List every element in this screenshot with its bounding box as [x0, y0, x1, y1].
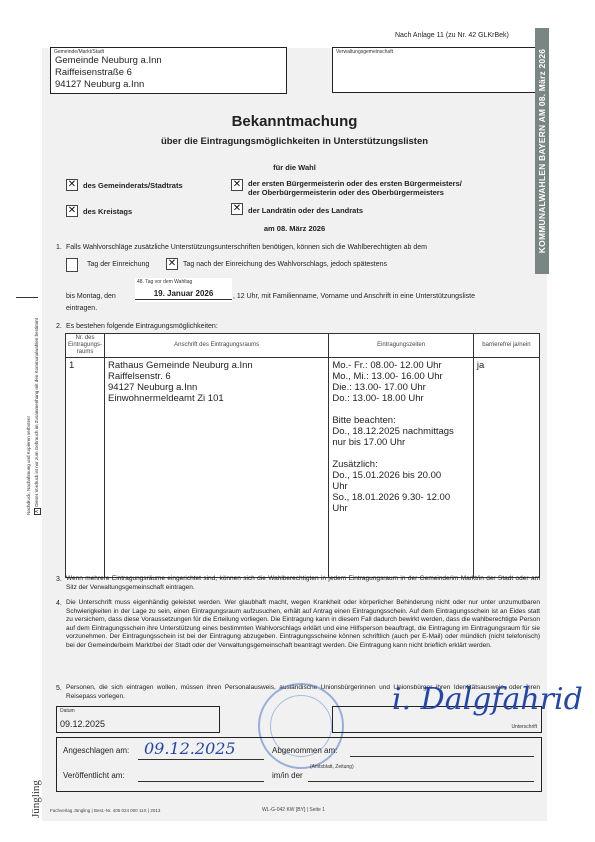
table-header-row: Nr. des Eintragungs-raums Anschrift des …	[66, 334, 540, 358]
time-line: Do.: 13.00- 18.00 Uhr	[332, 393, 470, 404]
posted-label: Angeschlagen am:	[63, 746, 129, 755]
checkbox-day-of-submission[interactable]	[66, 258, 78, 272]
time-line: Do., 15.01.2026 bis 20.00	[332, 470, 470, 481]
section5-number: 5.	[56, 684, 62, 693]
publisher-logo: Jüngling	[30, 780, 42, 818]
deadline-suffix: , 12 Uhr, mit Familienname, Vorname und …	[233, 292, 475, 301]
registration-rooms-table: Nr. des Eintragungs-raums Anschrift des …	[65, 333, 540, 578]
time-line: Zusätzlich:	[332, 459, 470, 470]
section3-text: Wenn mehrere Eintragungsräume eingericht…	[66, 575, 540, 592]
municipality-address: Gemeinde Neuburg a.Inn Raiffeisenstraße …	[55, 55, 162, 91]
election-buergermeister-label: der ersten Bürgermeisterin oder des erst…	[248, 179, 462, 197]
election-landrat-label: der Landrätin oder des Landrats	[248, 206, 363, 215]
posted-date-handwritten[interactable]: 09.12.2025	[144, 739, 236, 758]
section1-number: 1.	[56, 243, 62, 252]
section2-number: 2.	[56, 322, 62, 331]
time-line: nur bis 17.00 Uhr	[332, 437, 470, 448]
election-buergermeister-line1: der ersten Bürgermeisterin oder des erst…	[248, 179, 462, 188]
published-label: Veröffentlicht am:	[63, 771, 125, 780]
copyright-note: Nachdruck, Nachahmung und Kopieren verbo…	[26, 318, 41, 515]
posted-line	[138, 759, 264, 760]
removed-label: Abgenommen am:	[272, 746, 337, 755]
date-value: 09.12.2025	[60, 719, 105, 729]
time-line: Bitte beachten:	[332, 415, 470, 426]
time-line	[332, 448, 470, 459]
header-times: Eintragungszeiten	[329, 334, 474, 358]
election-date: am 08. März 2026	[42, 224, 547, 233]
election-intro: für die Wahl	[42, 163, 547, 172]
form-reference: Nach Anlage 11 (zu Nr. 42 GLKrBek)	[395, 32, 509, 39]
option-day-after-submission: Tag nach der Einreichung des Wahlvorschl…	[183, 260, 387, 269]
address-line: Einwohnermeldeamt Zi 101	[108, 393, 325, 404]
time-line: Mo.- Fr.: 08.00- 12.00 Uhr	[332, 360, 470, 371]
admin-community-label: Verwaltungsgemeinschaft	[336, 49, 393, 55]
checkbox-landrat[interactable]: ✕	[231, 203, 243, 215]
deadline-prefix: bis Montag, den	[66, 292, 116, 301]
date-label: Datum	[60, 708, 75, 714]
time-line: Do., 18.12.2025 nachmittags	[332, 426, 470, 437]
municipality-name: Gemeinde Neuburg a.Inn	[55, 55, 162, 67]
removed-line[interactable]	[350, 756, 534, 757]
checkbox-buergermeister[interactable]: ✕	[231, 179, 243, 191]
checkbox-day-after-submission[interactable]: ✕	[166, 258, 178, 270]
deadline-value: 19. Januar 2026	[135, 289, 232, 300]
handwritten-signature: i. Dalgfahrid	[392, 682, 583, 717]
election-gemeinderat-label: des Gemeinderats/Stadtrats	[83, 181, 183, 190]
time-line: Uhr	[332, 503, 470, 514]
section2-text: Es bestehen folgende Eintragungsmöglichk…	[66, 322, 218, 331]
time-line	[332, 404, 470, 415]
table-row: 1 Rathaus Gemeinde Neuburg a.Inn Raiffel…	[66, 358, 540, 578]
deadline-field: 48. Tag vor dem Wahltag 19. Januar 2026	[135, 278, 232, 302]
in-hint: (Amtsblatt, Zeitung)	[310, 764, 354, 770]
time-line: So., 18.01.2026 9.30- 12.00	[332, 492, 470, 503]
deadline-end: eintragen.	[66, 304, 97, 313]
address-line: Raiffelsenstr. 6	[108, 371, 325, 382]
municipality-box: Gemeinde/Markt/Stadt Gemeinde Neuburg a.…	[50, 47, 287, 94]
municipality-street: Raiffeisenstraße 6	[55, 67, 162, 79]
election-side-banner: KOMMUNALWAHLEN BAYERN AM 08. März 2026	[535, 28, 549, 274]
page-title: Bekanntmachung	[42, 113, 547, 130]
option-day-of-submission: Tag der Einreichung	[87, 260, 149, 269]
municipality-city: 94127 Neuburg a.Inn	[55, 79, 162, 91]
cell-times: Mo.- Fr.: 08.00- 12.00 UhrMo., Mi.: 13.0…	[329, 358, 474, 578]
fold-mark	[16, 297, 38, 298]
checkbox-gemeinderat[interactable]: ✕	[66, 179, 78, 191]
time-line: Uhr	[332, 481, 470, 492]
section4-number: 4.	[56, 599, 62, 608]
section3-number: 3.	[56, 575, 62, 584]
in-line[interactable]	[308, 781, 534, 782]
side-banner-text: KOMMUNALWAHLEN BAYERN AM 08. März 2026	[537, 49, 547, 253]
usage-line: X Dieser Vordruck ist nur zum Gebrauch i…	[34, 318, 41, 515]
address-line: 94127 Neuburg a.Inn	[108, 382, 325, 393]
footer-left: Fachverlag Jüngling | Best.-Nr. 405 024 …	[50, 808, 160, 813]
cell-room-number: 1	[66, 358, 105, 578]
section4-text: Die Unterschrift muss eigenhändig geleis…	[66, 599, 540, 650]
page-subtitle: über die Eintragungsmöglichkeiten in Unt…	[42, 136, 547, 147]
copyright-line: Nachdruck, Nachahmung und Kopieren verbo…	[26, 318, 31, 515]
date-box: Datum 09.12.2025	[56, 706, 220, 733]
checkbox-kreistag[interactable]: ✕	[66, 205, 78, 217]
header-barrier-free: barrierefrei ja/nein	[473, 334, 539, 358]
cell-barrier-free: ja	[473, 358, 539, 578]
time-line: Mo., Mi.: 13.00- 16.00 Uhr	[332, 371, 470, 382]
in-label: im/in der	[272, 771, 303, 780]
election-kreistag-label: des Kreistags	[83, 207, 132, 216]
header-room-address: Anschrift des Eintragungsraums	[105, 334, 329, 358]
election-buergermeister-line2: der Oberbürgermeisterin oder des Oberbür…	[248, 188, 462, 197]
published-line[interactable]	[138, 781, 264, 782]
signature-label: Unterschrift	[511, 724, 537, 730]
address-line: Rathaus Gemeinde Neuburg a.Inn	[108, 360, 325, 371]
footer-center: WL-G-042 KW [BY] | Seite 1	[262, 807, 325, 813]
cell-room-address: Rathaus Gemeinde Neuburg a.Inn Raiffelse…	[105, 358, 329, 578]
deadline-hint: 48. Tag vor dem Wahltag	[137, 279, 192, 285]
time-line: Die.: 13.00- 17.00 Uhr	[332, 382, 470, 393]
admin-community-box: Verwaltungsgemeinschaft	[332, 47, 538, 93]
usage-text: Dieser Vordruck ist nur zum Gebrauch im …	[34, 318, 39, 507]
header-room-number: Nr. des Eintragungs-raums	[66, 334, 105, 358]
section1-text: Falls Wahlvorschläge zusätzliche Unterst…	[66, 243, 536, 252]
